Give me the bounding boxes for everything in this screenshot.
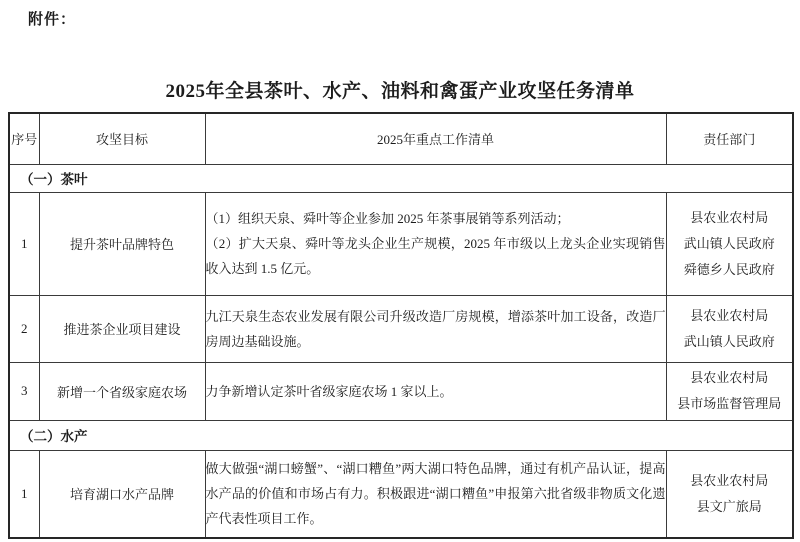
cell-serial: 2	[9, 295, 39, 362]
attachment-label: 附件：	[28, 8, 76, 29]
table-row: 1 培育湖口水产品牌 做大做强“湖口螃蟹”、“湖口糟鱼”两大湖口特色品牌，通过有…	[9, 450, 793, 538]
cell-departments: 县农业农村局 武山镇人民政府 舜德乡人民政府	[666, 192, 793, 295]
cell-goal: 新增一个省级家庭农场	[39, 362, 205, 420]
table-row: 3 新增一个省级家庭农场 力争新增认定茶叶省级家庭农场 1 家以上。 县农业农村…	[9, 362, 793, 420]
department-line: 县农业农村局	[667, 468, 793, 494]
department-line: 县文广旅局	[667, 494, 793, 520]
cell-serial: 3	[9, 362, 39, 420]
department-line: 县农业农村局	[667, 365, 793, 391]
cell-goal: 推进茶企业项目建设	[39, 295, 205, 362]
col-header-goal: 攻坚目标	[39, 113, 205, 164]
col-header-tasks: 2025年重点工作清单	[205, 113, 666, 164]
cell-goal: 培育湖口水产品牌	[39, 450, 205, 538]
task-line: （2）扩大天泉、舜叶等龙头企业生产规模，2025 年市级以上龙头企业实现销售收入…	[206, 231, 666, 281]
task-line: 做大做强“湖口螃蟹”、“湖口糟鱼”两大湖口特色品牌，通过有机产品认证，提高水产品…	[206, 456, 666, 531]
task-line: （1）组织天泉、舜叶等企业参加 2025 年茶事展销等系列活动；	[206, 206, 666, 231]
cell-departments: 县农业农村局 县文广旅局	[666, 450, 793, 538]
cell-task-list: （1）组织天泉、舜叶等企业参加 2025 年茶事展销等系列活动； （2）扩大天泉…	[205, 192, 666, 295]
department-line: 武山镇人民政府	[667, 231, 793, 257]
task-line: 力争新增认定茶叶省级家庭农场 1 家以上。	[206, 379, 666, 404]
section-label-tea: （一）茶叶	[9, 164, 793, 192]
department-line: 县农业农村局	[667, 205, 793, 231]
section-row-tea: （一）茶叶	[9, 164, 793, 192]
table-row: 2 推进茶企业项目建设 九江天泉生态农业发展有限公司升级改造厂房规模，增添茶叶加…	[9, 295, 793, 362]
cell-task-list: 九江天泉生态农业发展有限公司升级改造厂房规模，增添茶叶加工设备，改造厂房周边基础…	[205, 295, 666, 362]
col-header-department: 责任部门	[666, 113, 793, 164]
task-table: 序号 攻坚目标 2025年重点工作清单 责任部门 （一）茶叶 1 提升茶叶品牌特…	[8, 112, 794, 539]
task-line: 九江天泉生态农业发展有限公司升级改造厂房规模，增添茶叶加工设备，改造厂房周边基础…	[206, 304, 666, 354]
cell-task-list: 力争新增认定茶叶省级家庭农场 1 家以上。	[205, 362, 666, 420]
col-header-serial: 序号	[9, 113, 39, 164]
table-row: 1 提升茶叶品牌特色 （1）组织天泉、舜叶等企业参加 2025 年茶事展销等系列…	[9, 192, 793, 295]
department-line: 武山镇人民政府	[667, 329, 793, 355]
cell-departments: 县农业农村局 武山镇人民政府	[666, 295, 793, 362]
cell-serial: 1	[9, 450, 39, 538]
table-header-row: 序号 攻坚目标 2025年重点工作清单 责任部门	[9, 113, 793, 164]
section-row-aquatic: （二）水产	[9, 420, 793, 450]
cell-task-list: 做大做强“湖口螃蟹”、“湖口糟鱼”两大湖口特色品牌，通过有机产品认证，提高水产品…	[205, 450, 666, 538]
department-line: 县农业农村局	[667, 303, 793, 329]
section-label-aquatic: （二）水产	[9, 420, 793, 450]
cell-serial: 1	[9, 192, 39, 295]
page-title: 2025年全县茶叶、水产、油料和禽蛋产业攻坚任务清单	[0, 76, 800, 103]
department-line: 县市场监督管理局	[667, 391, 793, 417]
department-line: 舜德乡人民政府	[667, 257, 793, 283]
cell-goal: 提升茶叶品牌特色	[39, 192, 205, 295]
document-page: 附件： 2025年全县茶叶、水产、油料和禽蛋产业攻坚任务清单 序号 攻坚目标 2…	[0, 0, 800, 542]
cell-departments: 县农业农村局 县市场监督管理局	[666, 362, 793, 420]
